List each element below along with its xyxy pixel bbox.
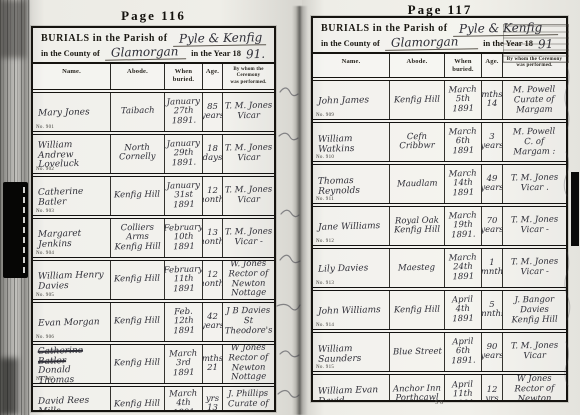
abode-cell: Anchor Inn Porthcawl <box>390 375 445 402</box>
age-value: 1 mnth <box>482 259 503 277</box>
age-cell: 12 months <box>203 261 223 299</box>
page-number-left: Page 116 <box>30 8 277 24</box>
when-buried-cell: Feb. 12th 1891 <box>165 303 203 341</box>
burial-entry-row: Evan Morgan No. 906 Kenfig Hill Feb. 12t… <box>33 303 274 345</box>
film-black-mark-right <box>571 172 579 246</box>
entry-number: No. 901 <box>36 125 54 130</box>
entry-name: Evan Morgan <box>38 317 100 329</box>
printed-county-prefix: in the County of <box>321 37 380 50</box>
age-value: 12 months <box>203 187 223 205</box>
microfilm-edge-strip <box>0 0 30 415</box>
burial-entry-row: William Saunders No. 915 Blue Street Apr… <box>313 333 566 375</box>
by-whom-cell: T. M. Jones Vicar <box>223 177 274 215</box>
burial-date-value: January 31st 1891 <box>166 181 200 210</box>
entry-number: No. 910 <box>316 155 334 160</box>
age-cell: 1 mnth <box>482 249 503 287</box>
entry-name: Mary Jones <box>38 108 90 119</box>
name-value: Jane Williams <box>318 214 381 234</box>
when-buried-cell: March 24th 1891 <box>445 249 482 287</box>
burial-entry-row: David Rees Mills No. 908 Kenfig Hill Mar… <box>33 387 274 412</box>
column-header-when-buried: When buried. <box>445 54 482 77</box>
age-value: 18 days <box>203 145 222 163</box>
burial-date-value: April 6th 1891. <box>450 338 475 367</box>
when-buried-cell: March 19th 1891. <box>445 207 482 245</box>
abode-cell: Kenfig Hill <box>111 345 165 383</box>
name-cell: Mary Jones No. 901 <box>33 93 111 131</box>
age-cell: 13 months <box>203 219 223 257</box>
age-value: 5 mnths <box>482 301 503 319</box>
name-cell: David Rees Mills No. 908 <box>33 387 111 412</box>
burial-date-value: March 3rd 1891 <box>165 349 202 378</box>
printed-year-prefix: in the Year 18 <box>191 47 241 60</box>
officiant-value: W. Jones Rector of Newton Nottage <box>223 261 274 299</box>
when-buried-cell: April 4th 1891 <box>445 291 482 329</box>
officiant-value: T. M. Jones Vicar - <box>225 228 273 248</box>
column-header-abode: Abode. <box>390 54 445 77</box>
abode-cell: Maesteg <box>390 249 445 287</box>
name-cell: Lily Davies No. 913 <box>313 249 390 287</box>
name-value: William Saunders <box>318 335 388 365</box>
age-value: mths 21 <box>203 355 223 373</box>
burial-date-value: February 11th 1891 <box>165 265 203 294</box>
when-buried-cell: April 6th 1891. <box>445 333 482 371</box>
entry-name: John James <box>318 96 369 107</box>
age-cell: 3 years <box>482 123 503 161</box>
entry-name: Lily Davies <box>318 264 368 275</box>
name-value: William Evan David <box>318 377 379 402</box>
name-cell: William Evan David No. 916 <box>313 375 390 402</box>
entry-number: No. 903 <box>36 209 54 214</box>
name-cell: William Watkins No. 910 <box>313 123 390 161</box>
burial-date-value: January 27th 1891. <box>166 97 200 126</box>
burial-date-value: February 10th 1891 <box>165 223 203 252</box>
entry-number: No. 912 <box>316 239 334 244</box>
burial-date-value: Feb. 12th 1891 <box>172 307 195 336</box>
by-whom-cell: M. Powell C. of Margam : <box>503 123 566 161</box>
abode-value: Kenfig Hill <box>114 399 160 409</box>
when-buried-cell: March 6th 1891 <box>445 123 482 161</box>
abode-value: Kenfig Hill <box>114 317 160 327</box>
age-value: 85 years <box>203 103 223 121</box>
age-value: 42 years <box>203 313 223 331</box>
when-buried-cell: March 3rd 1891 <box>165 345 203 383</box>
county-handwritten: Glamorgan <box>385 35 479 51</box>
when-buried-cell: January 27th 1891. <box>165 93 203 131</box>
column-header-name: Name. <box>313 54 390 77</box>
burial-date-value: January 29th 1891. <box>166 139 200 168</box>
column-header-when-buried: When buried. <box>165 64 203 89</box>
age-cell: 18 days <box>203 135 223 173</box>
name-value: William Henry Davies <box>38 262 104 292</box>
burial-entry-row: Thomas Reynolds No. 911 Maudlam March 14… <box>313 165 566 207</box>
entry-number: No. 913 <box>316 281 334 286</box>
officiant-value: M. Powell Curate of Margam <box>513 85 556 115</box>
age-cell: 42 years <box>203 303 223 341</box>
abode-cell: Kenfig Hill <box>111 177 165 215</box>
burial-entry-row: Jane Williams No. 912 Royal Oak Kenfig H… <box>313 207 566 249</box>
abode-cell: Cefn Cribbwr <box>390 123 445 161</box>
by-whom-cell: T. M. Jones Vicar <box>223 135 274 173</box>
abode-cell: Colliers Arms Kenfig Hill <box>111 219 165 257</box>
when-buried-cell: April 11th 1891 <box>445 375 482 402</box>
abode-cell: Kenfig Hill <box>111 261 165 299</box>
column-header-age: Age. <box>482 54 503 77</box>
entry-number: No. 907 <box>36 377 54 382</box>
age-cell: mths 14 <box>482 81 503 119</box>
name-cell: Evan Morgan No. 906 <box>33 303 111 341</box>
abode-cell: Kenfig Hill <box>390 81 445 119</box>
officiant-value: T. M. Jones Vicar . <box>511 174 559 194</box>
abode-value: Kenfig Hill <box>394 95 440 105</box>
officiant-value: T. M. Jones Vicar <box>225 186 273 206</box>
burial-entry-row: Catherine Batler No. 903 Kenfig Hill Jan… <box>33 177 274 219</box>
abode-cell: Kenfig Hill <box>111 303 165 341</box>
by-whom-cell: J. Bangor Davies Kenfig Hill <box>503 291 566 329</box>
burial-date-value: March 4th 1891 <box>165 390 202 412</box>
name-value: William Andrew Loveluck <box>38 135 109 171</box>
burial-entry-row: Margaret Jenkins No. 904 Colliers Arms K… <box>33 219 274 261</box>
entry-name: Margaret Jenkins <box>38 229 82 250</box>
abode-value: Kenfig Hill <box>114 275 160 285</box>
abode-value: Kenfig Hill <box>114 191 160 201</box>
entry-number: No. 906 <box>36 335 54 340</box>
abode-value: Royal Oak Kenfig Hill <box>394 217 440 236</box>
abode-value: Colliers Arms Kenfig Hill <box>111 223 164 252</box>
age-value: 49 years <box>482 175 503 193</box>
by-whom-cell: J. Phillips Curate of Margam <box>223 387 274 412</box>
film-smudge <box>0 358 18 415</box>
name-value: John James <box>318 88 369 108</box>
name-value: Lily Davies <box>318 256 369 276</box>
burial-entry-row: William Evan David No. 916 Anchor Inn Po… <box>313 375 566 402</box>
name-cell: Thomas Reynolds No. 911 <box>313 165 390 203</box>
entry-name: David Rees Mills <box>38 396 89 412</box>
frame-number: 56 <box>428 400 452 406</box>
burial-entry-row: Catherine BatlerDonald Thomas No. 907 Ke… <box>33 345 274 387</box>
name-cell: John Williams No. 914 <box>313 291 390 329</box>
abode-value: Cefn Cribbwr <box>390 132 444 152</box>
officiant-value: J. Bangor Davies Kenfig Hill <box>503 295 566 325</box>
age-value: 70 years <box>482 217 503 235</box>
burial-date-value: April 4th 1891 <box>452 296 475 325</box>
burial-entry-row: Lily Davies No. 913 Maesteg March 24th 1… <box>313 249 566 291</box>
officiant-value: W Jones Rector of Newton Nottage <box>223 345 274 383</box>
name-value: Evan Morgan <box>38 309 100 329</box>
name-cell: William Saunders No. 915 <box>313 333 390 371</box>
entry-number: No. 914 <box>316 323 334 328</box>
age-cell: 12 months <box>203 177 223 215</box>
burial-register-table-left: BURIALS in the Parish of Pyle & Kenfig i… <box>31 26 276 412</box>
name-value: Margaret Jenkins <box>38 220 109 250</box>
name-value: David Rees Mills <box>38 387 109 412</box>
by-whom-cell: W Jones Rector of Newton Nottage <box>223 345 274 383</box>
officiant-value: T. M. Jones Vicar <box>511 342 559 362</box>
by-whom-cell: T. M. Jones Vicar - <box>503 207 566 245</box>
county-handwritten: Glamorgan <box>105 45 187 60</box>
film-black-mark <box>3 182 28 278</box>
abode-value: Blue Street <box>392 347 441 357</box>
officiant-value: T. M. Jones Vicar - <box>511 258 559 278</box>
entry-number: No. 905 <box>36 293 54 298</box>
burial-date-value: April 11th 1891 <box>452 380 475 402</box>
entry-number: No. 909 <box>316 113 334 118</box>
officiant-value: J B Davies St Theodore's <box>223 307 274 337</box>
printed-burials-prefix: BURIALS in the Parish of <box>41 31 168 46</box>
entry-name: Jane Williams <box>318 222 380 234</box>
printed-county-prefix: in the County of <box>41 47 100 60</box>
film-smudge <box>0 0 26 58</box>
column-header-age: Age. <box>203 64 223 89</box>
name-cell: William Andrew Loveluck No. 902 <box>33 135 111 173</box>
age-cell: 12 yrs <box>482 375 503 402</box>
age-cell: 85 years <box>203 93 223 131</box>
age-cell: 90 years <box>482 333 503 371</box>
entry-number: No. 902 <box>36 167 54 172</box>
age-value: 13 months <box>203 229 223 247</box>
name-value: John Williams <box>318 297 381 318</box>
abode-value: Taibach <box>121 107 155 117</box>
officiant-value: M. Powell C. of Margam : <box>513 127 556 157</box>
register-rows-right: John James No. 909 Kenfig Hill March 5th… <box>313 81 566 402</box>
burial-date-value: March 6th 1891 <box>448 128 477 157</box>
burial-entry-row: Mary Jones No. 901 Taibach January 27th … <box>33 93 274 135</box>
age-value: 90 years <box>482 343 503 361</box>
burial-date-value: March 24th 1891 <box>448 254 477 283</box>
age-value: 12 yrs <box>485 386 498 402</box>
when-buried-cell: February 11th 1891 <box>165 261 203 299</box>
officiant-value: J. Phillips Curate of Margam <box>228 389 269 412</box>
by-whom-cell: T. M. Jones Vicar <box>223 93 274 131</box>
age-cell: 5 mnths <box>482 291 503 329</box>
burial-entry-row: William Henry Davies No. 905 Kenfig Hill… <box>33 261 274 303</box>
officiant-value: T. M. Jones Vicar <box>225 102 273 122</box>
by-whom-cell: W. Jones Rector of Newton Nottage <box>223 261 274 299</box>
entry-name: William Watkins <box>318 134 355 154</box>
burial-entry-row: John Williams No. 914 Kenfig Hill April … <box>313 291 566 333</box>
name-value: Catherine Batler <box>38 178 109 208</box>
when-buried-cell: January 31st 1891 <box>165 177 203 215</box>
officiant-value: T. M. Jones Vicar - <box>511 216 559 236</box>
name-value: Thomas Reynolds <box>318 167 388 197</box>
burial-date-value: March 5th 1891 <box>445 86 481 115</box>
column-header-name: Name. <box>33 64 111 89</box>
ink-bleed-ghost <box>503 24 569 63</box>
abode-cell: North Cornelly <box>111 135 165 173</box>
when-buried-cell: January 29th 1891. <box>165 135 203 173</box>
abode-cell: Maudlam <box>390 165 445 203</box>
entry-number: No. 904 <box>36 251 54 256</box>
name-value: Mary Jones <box>38 99 90 119</box>
gutter-scribbles <box>274 64 302 409</box>
name-cell: Margaret Jenkins No. 904 <box>33 219 111 257</box>
column-header-row: Name. Abode. When buried. Age. By whom t… <box>33 64 274 93</box>
by-whom-cell: T. M. Jones Vicar . <box>503 165 566 203</box>
burial-date-value: March 19th 1891. <box>448 212 477 241</box>
by-whom-cell: T. M. Jones Vicar - <box>503 249 566 287</box>
when-buried-cell: February 10th 1891 <box>165 219 203 257</box>
entry-name: William Saunders <box>318 344 362 364</box>
name-value: William Watkins <box>318 125 388 155</box>
name-cell: Catherine BatlerDonald Thomas No. 907 <box>33 345 111 383</box>
abode-cell: Royal Oak Kenfig Hill <box>390 207 445 245</box>
entry-number: No. 915 <box>316 365 334 370</box>
register-rows-left: Mary Jones No. 901 Taibach January 27th … <box>33 93 274 412</box>
age-cell: 49 years <box>482 165 503 203</box>
struck-name: Catherine Batler <box>38 346 108 367</box>
by-whom-cell: M. Powell Curate of Margam <box>503 81 566 119</box>
when-buried-cell: March 5th 1891 <box>445 81 482 119</box>
age-value: mths 14 <box>482 91 503 109</box>
burial-entry-row: John James No. 909 Kenfig Hill March 5th… <box>313 81 566 123</box>
name-cell: Jane Williams No. 912 <box>313 207 390 245</box>
when-buried-cell: March 4th 1891 <box>165 387 203 412</box>
by-whom-cell: W Jones Rector of Newton Nottage <box>503 375 566 402</box>
when-buried-cell: March 14th 1891 <box>445 165 482 203</box>
abode-cell: Taibach <box>111 93 165 131</box>
age-value: 3 years <box>482 133 503 151</box>
entry-name: William Henry Davies <box>38 271 104 292</box>
abode-value: Maudlam <box>397 179 438 189</box>
register-title-block: BURIALS in the Parish of Pyle & Kenfig i… <box>33 28 274 64</box>
abode-value: Kenfig Hill <box>114 359 160 369</box>
entry-name: John Williams <box>318 306 381 318</box>
abode-cell: Kenfig Hill <box>390 291 445 329</box>
entry-name: Thomas Reynolds <box>318 176 360 196</box>
name-cell: William Henry Davies No. 905 <box>33 261 111 299</box>
column-header-abode: Abode. <box>111 64 165 89</box>
age-value: 12 months <box>203 271 223 289</box>
by-whom-cell: J B Davies St Theodore's <box>223 303 274 341</box>
burial-register-table-right: BURIALS in the Parish of Pyle & Kenfig i… <box>311 16 568 402</box>
by-whom-cell: T. M. Jones Vicar <box>503 333 566 371</box>
abode-cell: Blue Street <box>390 333 445 371</box>
year-handwritten: 91. <box>246 48 266 61</box>
abode-cell: Kenfig Hill <box>111 387 165 412</box>
printed-burials-prefix: BURIALS in the Parish of <box>321 21 448 36</box>
abode-value: North Cornelly <box>119 144 156 163</box>
burial-entry-row: William Watkins No. 910 Cefn Cribbwr Mar… <box>313 123 566 165</box>
officiant-value: W Jones Rector of Newton Nottage <box>503 375 566 402</box>
parish-handwritten: Pyle & Kenfig <box>173 31 267 47</box>
entry-name: Catherine Batler <box>38 187 84 208</box>
burial-entry-row: William Andrew Loveluck No. 902 North Co… <box>33 135 274 177</box>
abode-value: Kenfig Hill <box>394 305 440 315</box>
entry-name: William Evan David <box>318 386 378 402</box>
abode-value: Maesteg <box>398 263 435 273</box>
burial-date-value: March 14th 1891 <box>448 170 477 199</box>
age-cell: mths 21 <box>203 345 223 383</box>
officiant-value: T. M. Jones Vicar <box>225 144 273 164</box>
name-cell: Catherine Batler No. 903 <box>33 177 111 215</box>
by-whom-cell: T. M. Jones Vicar - <box>223 219 274 257</box>
name-cell: John James No. 909 <box>313 81 390 119</box>
column-header-by-whom: By whom the Ceremony was performed. <box>223 64 274 89</box>
age-value: yrs 13 <box>206 395 219 412</box>
age-cell: 70 years <box>482 207 503 245</box>
age-cell: yrs 13 <box>203 387 223 412</box>
entry-number: No. 911 <box>316 197 334 202</box>
